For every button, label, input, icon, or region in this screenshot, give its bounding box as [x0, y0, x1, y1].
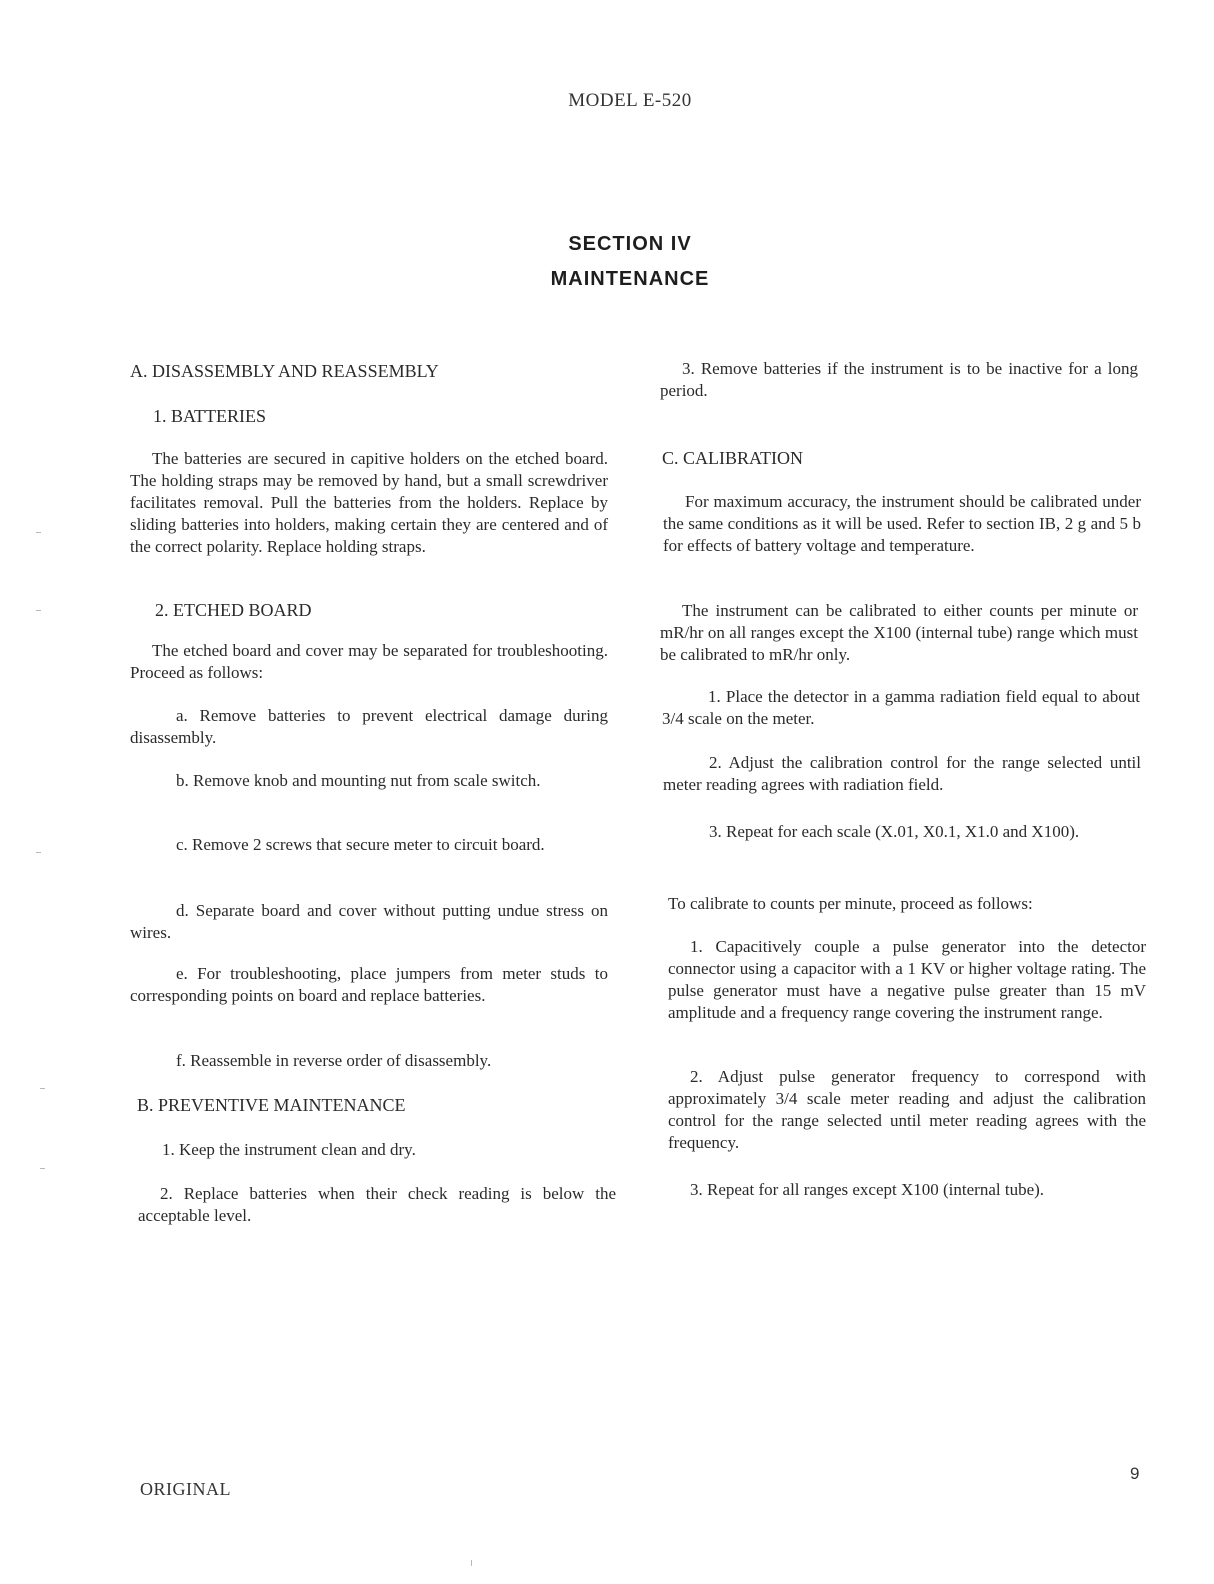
section-number: SECTION IV [0, 233, 1214, 256]
paragraph-etched-board-intro: The etched board and cover may be separa… [130, 640, 608, 684]
heading-disassembly-reassembly: A. DISASSEMBLY AND REASSEMBLY [130, 361, 608, 382]
list-item-cpm-step-1: 1. Capacitively couple a pulse generator… [668, 936, 1146, 1024]
paragraph-batteries: The batteries are secured in capitive ho… [130, 448, 608, 558]
list-item-step-a: a. Remove batteries to prevent electrica… [130, 705, 608, 749]
page-number: 9 [1130, 1464, 1139, 1484]
list-item-preventive-2: 2. Replace batteries when their check re… [138, 1183, 616, 1227]
heading-etched-board: 2. ETCHED BOARD [155, 600, 633, 621]
section-title: MAINTENANCE [0, 268, 1214, 291]
list-item-preventive-3: 3. Remove batteries if the instrument is… [660, 358, 1138, 402]
list-item-step-f: f. Reassemble in reverse order of disass… [130, 1050, 608, 1072]
paragraph-calibration-accuracy: For maximum accuracy, the instrument sho… [663, 491, 1141, 557]
document-model-header: MODEL E-520 [0, 90, 1214, 112]
scan-speck [36, 532, 41, 533]
list-item-cpm-step-3: 3. Repeat for all ranges except X100 (in… [668, 1179, 1146, 1201]
scan-speck [40, 1088, 45, 1089]
scan-speck [36, 852, 41, 853]
list-item-step-d: d. Separate board and cover without putt… [130, 900, 608, 944]
list-item-mr-step-3: 3. Repeat for each scale (X.01, X0.1, X1… [663, 813, 1141, 851]
list-item-preventive-1: 1. Keep the instrument clean and dry. [140, 1139, 618, 1161]
list-item-step-e: e. For troubleshooting, place jumpers fr… [130, 963, 608, 1007]
list-item-step-c: c. Remove 2 screws that secure meter to … [130, 834, 608, 856]
list-item-cpm-step-2: 2. Adjust pulse generator frequency to c… [668, 1066, 1146, 1154]
heading-calibration: C. CALIBRATION [662, 448, 1140, 469]
scan-speck [471, 1560, 472, 1566]
list-item-mr-step-2: 2. Adjust the calibration control for th… [663, 752, 1141, 796]
list-item-mr-step-1: 1. Place the detector in a gamma radiati… [662, 686, 1140, 730]
footer-original-label: ORIGINAL [140, 1479, 231, 1500]
heading-batteries: 1. BATTERIES [153, 406, 631, 427]
list-item-step-b: b. Remove knob and mounting nut from sca… [130, 770, 608, 792]
scan-speck [36, 610, 41, 611]
heading-preventive-maintenance: B. PREVENTIVE MAINTENANCE [137, 1095, 615, 1116]
paragraph-calibration-ranges: The instrument can be calibrated to eith… [660, 600, 1138, 666]
paragraph-cpm-intro: To calibrate to counts per minute, proce… [668, 893, 1146, 915]
scan-speck [40, 1168, 45, 1169]
